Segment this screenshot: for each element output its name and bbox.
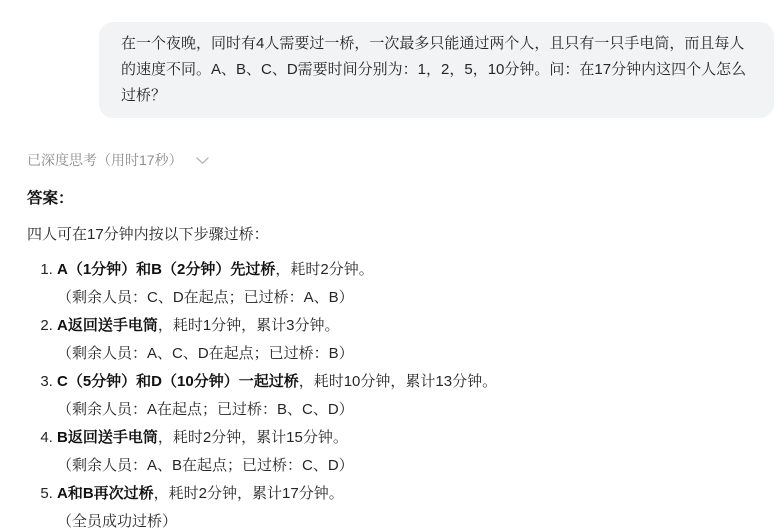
step-item-5: A和B再次过桥，耗时2分钟，累计17分钟。 （全员成功过桥） [57, 480, 774, 529]
step-item-1: A（1分钟）和B（2分钟）先过桥，耗时2分钟。 （剩余人员：C、D在起点；已过桥… [57, 256, 774, 312]
step-note: （剩余人员：A、B在起点；已过桥：C、D） [57, 452, 774, 480]
deep-think-label: 已深度思考（用时17秒） [27, 150, 183, 170]
user-message-bubble: 在一个夜晚，同时有4人需要过一桥，一次最多只能通过两个人，且只有一只手电筒，而且… [99, 22, 774, 118]
step-action: C（5分钟）和D（10分钟）一起过桥 [57, 373, 299, 390]
answer-intro: 四人可在17分钟内按以下步骤过桥： [27, 221, 774, 249]
step-action: A返回送手电筒 [57, 317, 158, 334]
step-detail: ，耗时10分钟，累计13分钟。 [299, 373, 497, 390]
step-detail: ，耗时2分钟。 [275, 261, 373, 278]
step-detail: ，耗时2分钟，累计15分钟。 [158, 429, 348, 446]
step-action: A（1分钟）和B（2分钟）先过桥 [57, 261, 275, 278]
step-item-3: C（5分钟）和D（10分钟）一起过桥，耗时10分钟，累计13分钟。 （剩余人员：… [57, 368, 774, 424]
step-action: A和B再次过桥 [57, 485, 154, 502]
chevron-down-icon [196, 155, 209, 165]
step-item-2: A返回送手电筒，耗时1分钟，累计3分钟。 （剩余人员：A、C、D在起点；已过桥：… [57, 312, 774, 368]
step-text: A返回送手电筒，耗时1分钟，累计3分钟。 [57, 312, 774, 340]
user-message-row: 在一个夜晚，同时有4人需要过一桥，一次最多只能通过两个人，且只有一只手电筒，而且… [27, 22, 774, 118]
step-note: （剩余人员：C、D在起点；已过桥：A、B） [57, 284, 774, 312]
chat-conversation: 在一个夜晚，同时有4人需要过一桥，一次最多只能通过两个人，且只有一只手电筒，而且… [0, 0, 784, 529]
step-text: C（5分钟）和D（10分钟）一起过桥，耗时10分钟，累计13分钟。 [57, 368, 774, 396]
deep-think-toggle[interactable]: 已深度思考（用时17秒） [27, 150, 209, 170]
step-note: （剩余人员：A、C、D在起点；已过桥：B） [57, 340, 774, 368]
step-text: A和B再次过桥，耗时2分钟，累计17分钟。 [57, 480, 774, 508]
assistant-response: 已深度思考（用时17秒） 答案： 四人可在17分钟内按以下步骤过桥： A（1分钟… [27, 118, 774, 529]
steps-list: A（1分钟）和B（2分钟）先过桥，耗时2分钟。 （剩余人员：C、D在起点；已过桥… [27, 256, 774, 529]
step-text: A（1分钟）和B（2分钟）先过桥，耗时2分钟。 [57, 256, 774, 284]
step-item-4: B返回送手电筒，耗时2分钟，累计15分钟。 （剩余人员：A、B在起点；已过桥：C… [57, 424, 774, 480]
step-note: （全员成功过桥） [57, 508, 774, 529]
step-action: B返回送手电筒 [57, 429, 158, 446]
step-note: （剩余人员：A在起点；已过桥：B、C、D） [57, 396, 774, 424]
answer-heading: 答案： [27, 186, 774, 208]
step-detail: ，耗时2分钟，累计17分钟。 [154, 485, 344, 502]
step-text: B返回送手电筒，耗时2分钟，累计15分钟。 [57, 424, 774, 452]
step-detail: ，耗时1分钟，累计3分钟。 [158, 317, 340, 334]
